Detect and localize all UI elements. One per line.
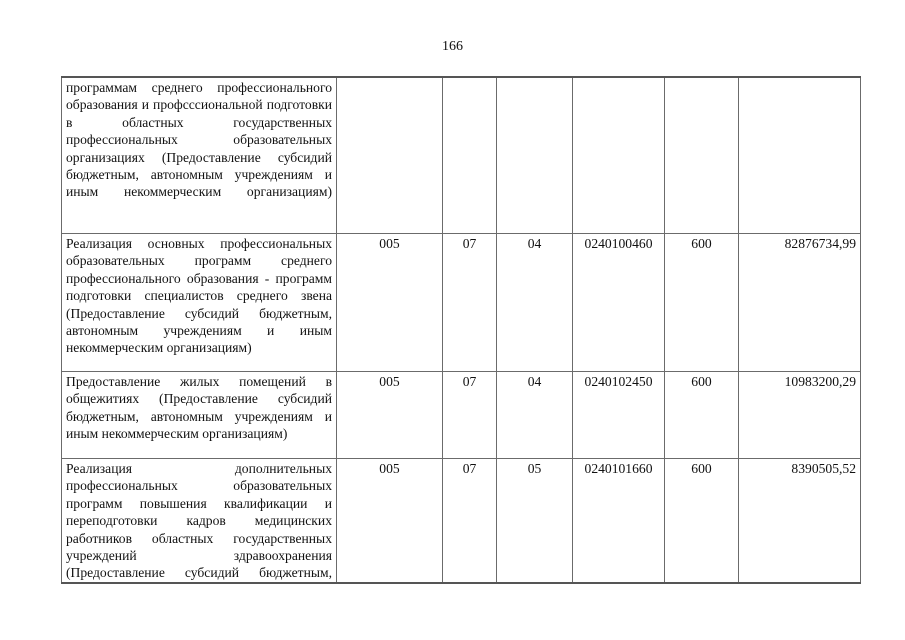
ministry-code: 005 [337, 372, 443, 459]
ministry-code: 005 [337, 234, 443, 372]
row-description: Реализация основных профессиональных обр… [62, 234, 337, 372]
ministry-code [337, 77, 443, 234]
target-article-code [573, 77, 665, 234]
amount [739, 77, 861, 234]
target-article-code: 0240100460 [573, 234, 665, 372]
expense-type-code: 600 [665, 234, 739, 372]
row-description: программам среднего профессионального об… [62, 77, 337, 234]
subsection-code [497, 77, 573, 234]
section-code: 07 [443, 459, 497, 583]
target-article-code: 0240101660 [573, 459, 665, 583]
expense-type-code: 600 [665, 372, 739, 459]
subsection-code: 05 [497, 459, 573, 583]
ministry-code: 005 [337, 459, 443, 583]
section-code: 07 [443, 234, 497, 372]
table-row: Предоставление жилых помещений в общежит… [62, 372, 861, 459]
expense-type-code [665, 77, 739, 234]
table-row: Реализация основных профессиональных обр… [62, 234, 861, 372]
section-code [443, 77, 497, 234]
page-number: 166 [0, 38, 905, 56]
amount: 10983200,29 [739, 372, 861, 459]
section-code: 07 [443, 372, 497, 459]
table-row: программам среднего профессионального об… [62, 77, 861, 234]
amount: 8390505,52 [739, 459, 861, 583]
budget-table: программам среднего профессионального об… [61, 76, 861, 584]
target-article-code: 0240102450 [573, 372, 665, 459]
subsection-code: 04 [497, 372, 573, 459]
row-description: Реализация дополнительных профессиональн… [62, 459, 337, 583]
subsection-code: 04 [497, 234, 573, 372]
table-row: Реализация дополнительных профессиональн… [62, 459, 861, 583]
row-description: Предоставление жилых помещений в общежит… [62, 372, 337, 459]
amount: 82876734,99 [739, 234, 861, 372]
expense-type-code: 600 [665, 459, 739, 583]
